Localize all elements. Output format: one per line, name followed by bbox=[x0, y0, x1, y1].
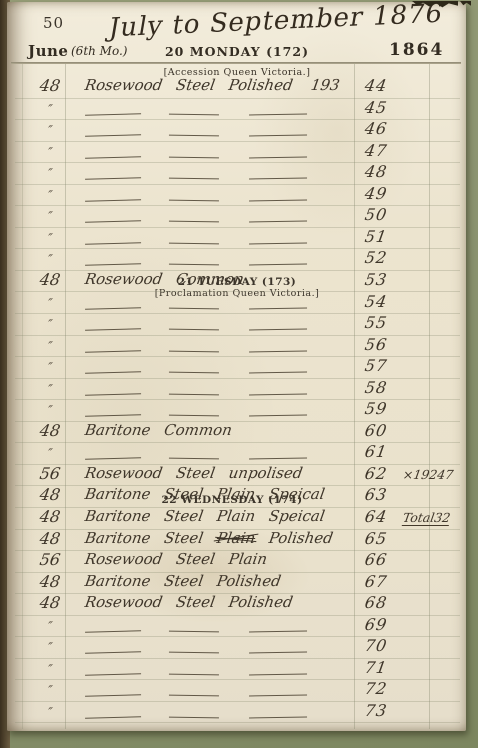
ditto-dash bbox=[169, 668, 219, 675]
serial-number-cell: 51 bbox=[363, 227, 388, 246]
serial-number-cell: 61 bbox=[363, 442, 388, 461]
description-cell bbox=[85, 141, 307, 159]
quantity-cell: ″ bbox=[28, 123, 72, 137]
description-cell bbox=[85, 184, 307, 202]
description-cell bbox=[85, 248, 307, 266]
ditto-dash bbox=[249, 668, 307, 675]
ledger-row: ″61 bbox=[15, 442, 460, 465]
serial-number-cell: 60 bbox=[363, 421, 388, 440]
serial-number-cell: 53 bbox=[363, 270, 388, 289]
ledger-row: ″58 bbox=[15, 378, 460, 401]
ditto-dash bbox=[85, 194, 141, 202]
serial-number-cell: 66 bbox=[363, 550, 388, 569]
count-cell: 193 bbox=[310, 76, 341, 94]
description-cell bbox=[85, 378, 307, 396]
ditto-dash bbox=[169, 173, 219, 180]
ditto-dash bbox=[249, 453, 307, 460]
ditto-dash bbox=[169, 108, 219, 115]
description-cell bbox=[85, 98, 307, 116]
description-cell: Baritone Steel Polished bbox=[85, 572, 281, 590]
ditto-dash bbox=[85, 625, 141, 633]
ditto-dash bbox=[169, 367, 219, 374]
quantity-cell: ″ bbox=[28, 209, 72, 223]
quantity-cell: 48 bbox=[27, 593, 72, 612]
ditto-dash bbox=[249, 388, 307, 395]
ditto-dash bbox=[85, 388, 141, 396]
quantity-cell: ″ bbox=[28, 382, 72, 396]
annotation: Total32 bbox=[402, 510, 452, 526]
ledger-row: 48Baritone Steel Plain Speical63 bbox=[15, 485, 460, 508]
ditto-dash bbox=[249, 324, 307, 331]
description-cell: Rosewood Steel Plain bbox=[85, 550, 267, 568]
description-cell: Rosewood Steel Polished bbox=[85, 76, 293, 94]
ledger-row: ″47 bbox=[15, 141, 460, 164]
quantity-cell: ″ bbox=[28, 102, 72, 116]
ditto-dash bbox=[85, 129, 141, 137]
ledger-row: 56Rosewood Steel Plain66 bbox=[15, 550, 460, 573]
ledger-row: ″69 bbox=[15, 615, 460, 638]
ditto-dash bbox=[249, 302, 307, 309]
serial-number-cell: 59 bbox=[363, 399, 388, 418]
quantity-cell: 48 bbox=[27, 529, 72, 548]
ditto-dash bbox=[169, 388, 219, 395]
ledger-row: ″73 bbox=[15, 701, 460, 724]
ledger-row: ″55 bbox=[15, 313, 460, 336]
ledger-row: ″46 bbox=[15, 119, 460, 142]
ledger-row: ″49 bbox=[15, 184, 460, 207]
serial-number-cell: 55 bbox=[363, 313, 388, 332]
quantity-cell: ″ bbox=[28, 446, 72, 460]
quantity-cell: ″ bbox=[28, 339, 72, 353]
ditto-dash bbox=[85, 647, 141, 655]
ditto-dash bbox=[85, 259, 141, 267]
quantity-cell: ″ bbox=[28, 403, 72, 417]
description-text: Rosewood Common bbox=[84, 270, 246, 288]
ledger-row: 48Rosewood Steel Polished68 bbox=[15, 593, 460, 616]
serial-number-cell: 71 bbox=[363, 658, 388, 677]
quantity-cell: 48 bbox=[27, 485, 72, 504]
description-cell: Baritone Steel Plain Speical bbox=[85, 507, 325, 525]
ditto-dash bbox=[169, 130, 219, 137]
annotation: ×19247 bbox=[402, 467, 455, 482]
ditto-dash bbox=[249, 259, 307, 266]
description-text: Baritone Steel Plain Speical bbox=[84, 485, 327, 503]
quantity-cell: 48 bbox=[27, 76, 72, 95]
quantity-cell: ″ bbox=[28, 360, 72, 374]
ditto-dash bbox=[249, 194, 307, 201]
scan-background: 50 July to September 1876 June (6th Mo.)… bbox=[0, 0, 478, 748]
description-cell: Rosewood Steel Polished bbox=[85, 593, 293, 611]
ditto-dash bbox=[249, 625, 307, 632]
description-text: Rosewood Steel Plain bbox=[84, 550, 269, 568]
description-text: Baritone Steel Polished bbox=[84, 572, 283, 590]
quantity-cell: ″ bbox=[28, 188, 72, 202]
ledger-row: 48Rosewood Steel Polished19344 bbox=[15, 76, 460, 99]
ditto-dash bbox=[85, 216, 141, 224]
ditto-dash bbox=[249, 410, 307, 417]
ditto-dash bbox=[249, 237, 307, 244]
description-cell bbox=[85, 162, 307, 180]
ditto-dash bbox=[85, 711, 141, 719]
serial-number-cell: 62 bbox=[363, 464, 388, 483]
serial-number-cell: 57 bbox=[363, 356, 388, 375]
description-cell bbox=[85, 356, 307, 374]
ledger-row: ″56 bbox=[15, 335, 460, 358]
quantity-cell: 48 bbox=[27, 507, 72, 526]
quantity-cell: 48 bbox=[27, 270, 72, 289]
ledger-row: ″50 bbox=[15, 205, 460, 228]
quantity-cell: 48 bbox=[27, 572, 72, 591]
serial-number-cell: 54 bbox=[363, 292, 388, 311]
serial-number-cell: 58 bbox=[363, 378, 388, 397]
ditto-dash bbox=[169, 194, 219, 201]
description-cell bbox=[85, 399, 307, 417]
ditto-dash bbox=[249, 345, 307, 352]
description-cell: Rosewood Common bbox=[85, 270, 244, 288]
quantity-cell: ″ bbox=[28, 252, 72, 266]
serial-number-cell: 50 bbox=[363, 205, 388, 224]
ditto-dash bbox=[85, 345, 141, 353]
ditto-dash bbox=[85, 237, 141, 245]
ditto-dash bbox=[249, 173, 307, 180]
ditto-dash bbox=[169, 690, 219, 697]
serial-number-cell: 49 bbox=[363, 184, 388, 203]
description-cell: Rosewood Steel unpolised bbox=[85, 464, 303, 482]
ditto-dash bbox=[85, 690, 141, 698]
ditto-dash bbox=[169, 625, 219, 632]
description-cell bbox=[85, 227, 307, 245]
serial-number-cell: 72 bbox=[363, 679, 388, 698]
description-cell bbox=[85, 636, 307, 654]
serial-number-cell: 69 bbox=[363, 615, 388, 634]
serial-number-cell: 45 bbox=[363, 98, 388, 117]
ditto-dash bbox=[85, 409, 141, 417]
quantity-cell: ″ bbox=[28, 231, 72, 245]
ditto-dash bbox=[169, 345, 219, 352]
ditto-dash bbox=[85, 668, 141, 676]
description-cell bbox=[85, 442, 307, 460]
serial-number-cell: 63 bbox=[363, 485, 388, 504]
quantity-cell: ″ bbox=[28, 317, 72, 331]
quantity-cell: 48 bbox=[27, 421, 72, 440]
ditto-dash bbox=[85, 366, 141, 374]
description-text: Rosewood Steel Polished bbox=[84, 76, 295, 94]
quantity-cell: ″ bbox=[28, 683, 72, 697]
ditto-dash bbox=[249, 647, 307, 654]
description-cell bbox=[85, 335, 307, 353]
ledger-row: ″70 bbox=[15, 636, 460, 659]
description-text: Baritone Common bbox=[84, 421, 234, 439]
serial-number-cell: 68 bbox=[363, 593, 388, 612]
ditto-dash bbox=[249, 711, 307, 718]
ledger-row: ″45 bbox=[15, 98, 460, 121]
serial-number-cell: 65 bbox=[363, 529, 388, 548]
description-cell bbox=[85, 658, 307, 676]
quantity-cell: 56 bbox=[27, 550, 72, 569]
ditto-dash bbox=[249, 151, 307, 158]
description-cell: Baritone Steel Plain Speical bbox=[85, 485, 325, 503]
description-cell bbox=[85, 313, 307, 331]
ledger-row: 48Baritone Steel Plain Speical64Total32 bbox=[15, 507, 460, 530]
ditto-dash bbox=[249, 130, 307, 137]
serial-number-cell: 70 bbox=[363, 636, 388, 655]
ditto-dash bbox=[85, 172, 141, 180]
ditto-dash bbox=[85, 151, 141, 159]
description-cell bbox=[85, 615, 307, 633]
ditto-dash bbox=[169, 712, 219, 719]
ledger-page: 50 July to September 1876 June (6th Mo.)… bbox=[7, 2, 466, 731]
ledger-row: 48Baritone Common60 bbox=[15, 421, 460, 444]
quantity-cell: ″ bbox=[28, 619, 72, 633]
quantity-cell: ″ bbox=[28, 662, 72, 676]
ditto-dash bbox=[169, 302, 219, 309]
description-text: Baritone Steel Plain Speical bbox=[84, 507, 327, 525]
ledger-row: ″48 bbox=[15, 162, 460, 185]
description-cell bbox=[85, 205, 307, 223]
quantity-cell: ″ bbox=[28, 705, 72, 719]
description-text: Rosewood Steel Polished bbox=[84, 593, 295, 611]
ledger-row: ″57 bbox=[15, 356, 460, 379]
description-cell bbox=[85, 679, 307, 697]
struck-word: Plain bbox=[215, 529, 256, 547]
serial-number-cell: 47 bbox=[363, 141, 388, 160]
ledger-row: 48Baritone Steel Polished67 bbox=[15, 572, 460, 595]
ditto-dash bbox=[249, 216, 307, 223]
description-text: Baritone Steel Plain Polished bbox=[84, 529, 335, 547]
ledger-row: ″59 bbox=[15, 399, 460, 422]
ditto-dash bbox=[249, 108, 307, 115]
serial-number-cell: 44 bbox=[363, 76, 388, 95]
ditto-dash bbox=[169, 647, 219, 654]
ledger-row: 48Baritone Steel Plain Polished65 bbox=[15, 529, 460, 552]
ledger-row: ″72 bbox=[15, 679, 460, 702]
serial-number-cell: 64 bbox=[363, 507, 388, 526]
serial-number-cell: 48 bbox=[363, 162, 388, 181]
description-cell bbox=[85, 292, 307, 310]
description-cell bbox=[85, 119, 307, 137]
ditto-dash bbox=[85, 108, 141, 116]
serial-number-cell: 67 bbox=[363, 572, 388, 591]
ditto-dash bbox=[249, 367, 307, 374]
quantity-cell: ″ bbox=[28, 640, 72, 654]
ditto-dash bbox=[85, 453, 141, 461]
quantity-cell: ″ bbox=[28, 166, 72, 180]
ledger-row: ″51 bbox=[15, 227, 460, 250]
ditto-dash bbox=[249, 690, 307, 697]
ditto-dash bbox=[169, 410, 219, 417]
ditto-dash bbox=[85, 302, 141, 310]
ditto-dash bbox=[169, 453, 219, 460]
quantity-cell: 56 bbox=[27, 464, 72, 483]
ditto-dash bbox=[85, 323, 141, 331]
description-cell: Baritone Common bbox=[85, 421, 232, 439]
ledger-row: ″52 bbox=[15, 248, 460, 271]
description-cell: Baritone Steel Plain Polished bbox=[85, 529, 333, 547]
ditto-dash bbox=[169, 324, 219, 331]
quantity-cell: ″ bbox=[28, 296, 72, 310]
ledger-row: 56Rosewood Steel unpolised62×19247 bbox=[15, 464, 460, 487]
ditto-dash bbox=[169, 259, 219, 266]
description-text: Rosewood Steel unpolised bbox=[84, 464, 304, 482]
serial-number-cell: 52 bbox=[363, 248, 388, 267]
quantity-cell: ″ bbox=[28, 145, 72, 159]
serial-number-cell: 46 bbox=[363, 119, 388, 138]
ditto-dash bbox=[169, 237, 219, 244]
ledger-row: 48Rosewood Common53 bbox=[15, 270, 460, 293]
serial-number-cell: 73 bbox=[363, 701, 388, 720]
ledger-rows: 48Rosewood Steel Polished19344″45″46″47″… bbox=[7, 2, 466, 731]
serial-number-cell: 56 bbox=[363, 335, 388, 354]
ledger-row: ″54 bbox=[15, 292, 460, 315]
description-cell bbox=[85, 701, 307, 719]
ditto-dash bbox=[169, 151, 219, 158]
ditto-dash bbox=[169, 216, 219, 223]
ledger-row: ″71 bbox=[15, 658, 460, 681]
